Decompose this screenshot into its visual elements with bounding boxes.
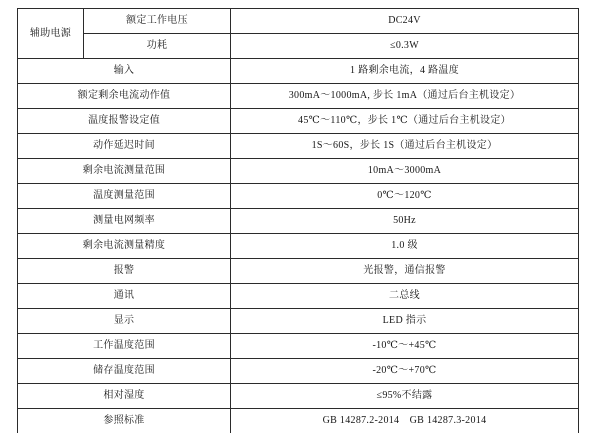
spec-value-cell: ≤95%不结露: [231, 384, 579, 409]
table-row: 显示 LED 指示: [18, 309, 579, 334]
table-row: 剩余电流测量范围 10mA～3000mA: [18, 159, 579, 184]
spec-label-cell: 温度报警设定值: [18, 109, 231, 134]
table-row: 温度测量范围 0℃～120℃: [18, 184, 579, 209]
table-row: 储存温度范围 -20℃～+70℃: [18, 359, 579, 384]
table-row: 温度报警设定值 45℃～110℃，步长 1℃（通过后台主机设定）: [18, 109, 579, 134]
specification-table: 辅助电源 额定工作电压 DC24V 功耗 ≤0.3W 输入 1 路剩余电流，4 …: [17, 8, 579, 433]
spec-label-cell: 储存温度范围: [18, 359, 231, 384]
spec-label-cell: 额定工作电压: [84, 9, 231, 34]
spec-label-cell: 输入: [18, 59, 231, 84]
spec-value-cell: GB 14287.2-2014 GB 14287.3-2014: [231, 409, 579, 433]
table-row: 相对湿度 ≤95%不结露: [18, 384, 579, 409]
spec-value-cell: 300mA～1000mA, 步长 1mA（通过后台主机设定）: [231, 84, 579, 109]
document-page: 辅助电源 额定工作电压 DC24V 功耗 ≤0.3W 输入 1 路剩余电流，4 …: [0, 0, 590, 433]
table-row: 额定剩余电流动作值 300mA～1000mA, 步长 1mA（通过后台主机设定）: [18, 84, 579, 109]
spec-label-cell: 剩余电流测量范围: [18, 159, 231, 184]
spec-value-cell: 1 路剩余电流，4 路温度: [231, 59, 579, 84]
spec-value-cell: 1.0 级: [231, 234, 579, 259]
spec-value-cell: 1S～60S，步长 1S（通过后台主机设定）: [231, 134, 579, 159]
table-row: 工作温度范围 -10℃～+45℃: [18, 334, 579, 359]
spec-value-cell: 二总线: [231, 284, 579, 309]
table-row: 剩余电流测量精度 1.0 级: [18, 234, 579, 259]
spec-label-cell: 报警: [18, 259, 231, 284]
spec-value-cell: 光报警，通信报警: [231, 259, 579, 284]
spec-label-cell: 功耗: [84, 34, 231, 59]
table-row: 报警 光报警，通信报警: [18, 259, 579, 284]
spec-value-cell: -20℃～+70℃: [231, 359, 579, 384]
spec-label-cell: 显示: [18, 309, 231, 334]
group-label-cell: 辅助电源: [18, 9, 84, 59]
spec-value-cell: ≤0.3W: [231, 34, 579, 59]
table-row: 输入 1 路剩余电流，4 路温度: [18, 59, 579, 84]
spec-label-cell: 工作温度范围: [18, 334, 231, 359]
spec-value-cell: -10℃～+45℃: [231, 334, 579, 359]
spec-label-cell: 相对湿度: [18, 384, 231, 409]
spec-value-cell: LED 指示: [231, 309, 579, 334]
spec-label-cell: 通讯: [18, 284, 231, 309]
spec-value-cell: 10mA～3000mA: [231, 159, 579, 184]
spec-label-cell: 参照标准: [18, 409, 231, 433]
spec-label-cell: 动作延迟时间: [18, 134, 231, 159]
table-row: 辅助电源 额定工作电压 DC24V: [18, 9, 579, 34]
table-row: 测量电网频率 50Hz: [18, 209, 579, 234]
spec-value-cell: DC24V: [231, 9, 579, 34]
spec-label-cell: 额定剩余电流动作值: [18, 84, 231, 109]
table-row: 通讯 二总线: [18, 284, 579, 309]
spec-value-cell: 0℃～120℃: [231, 184, 579, 209]
spec-label-cell: 测量电网频率: [18, 209, 231, 234]
table-row: 功耗 ≤0.3W: [18, 34, 579, 59]
spec-value-cell: 45℃～110℃，步长 1℃（通过后台主机设定）: [231, 109, 579, 134]
spec-label-cell: 温度测量范围: [18, 184, 231, 209]
table-row: 动作延迟时间 1S～60S，步长 1S（通过后台主机设定）: [18, 134, 579, 159]
spec-value-cell: 50Hz: [231, 209, 579, 234]
table-row: 参照标准 GB 14287.2-2014 GB 14287.3-2014: [18, 409, 579, 433]
spec-label-cell: 剩余电流测量精度: [18, 234, 231, 259]
